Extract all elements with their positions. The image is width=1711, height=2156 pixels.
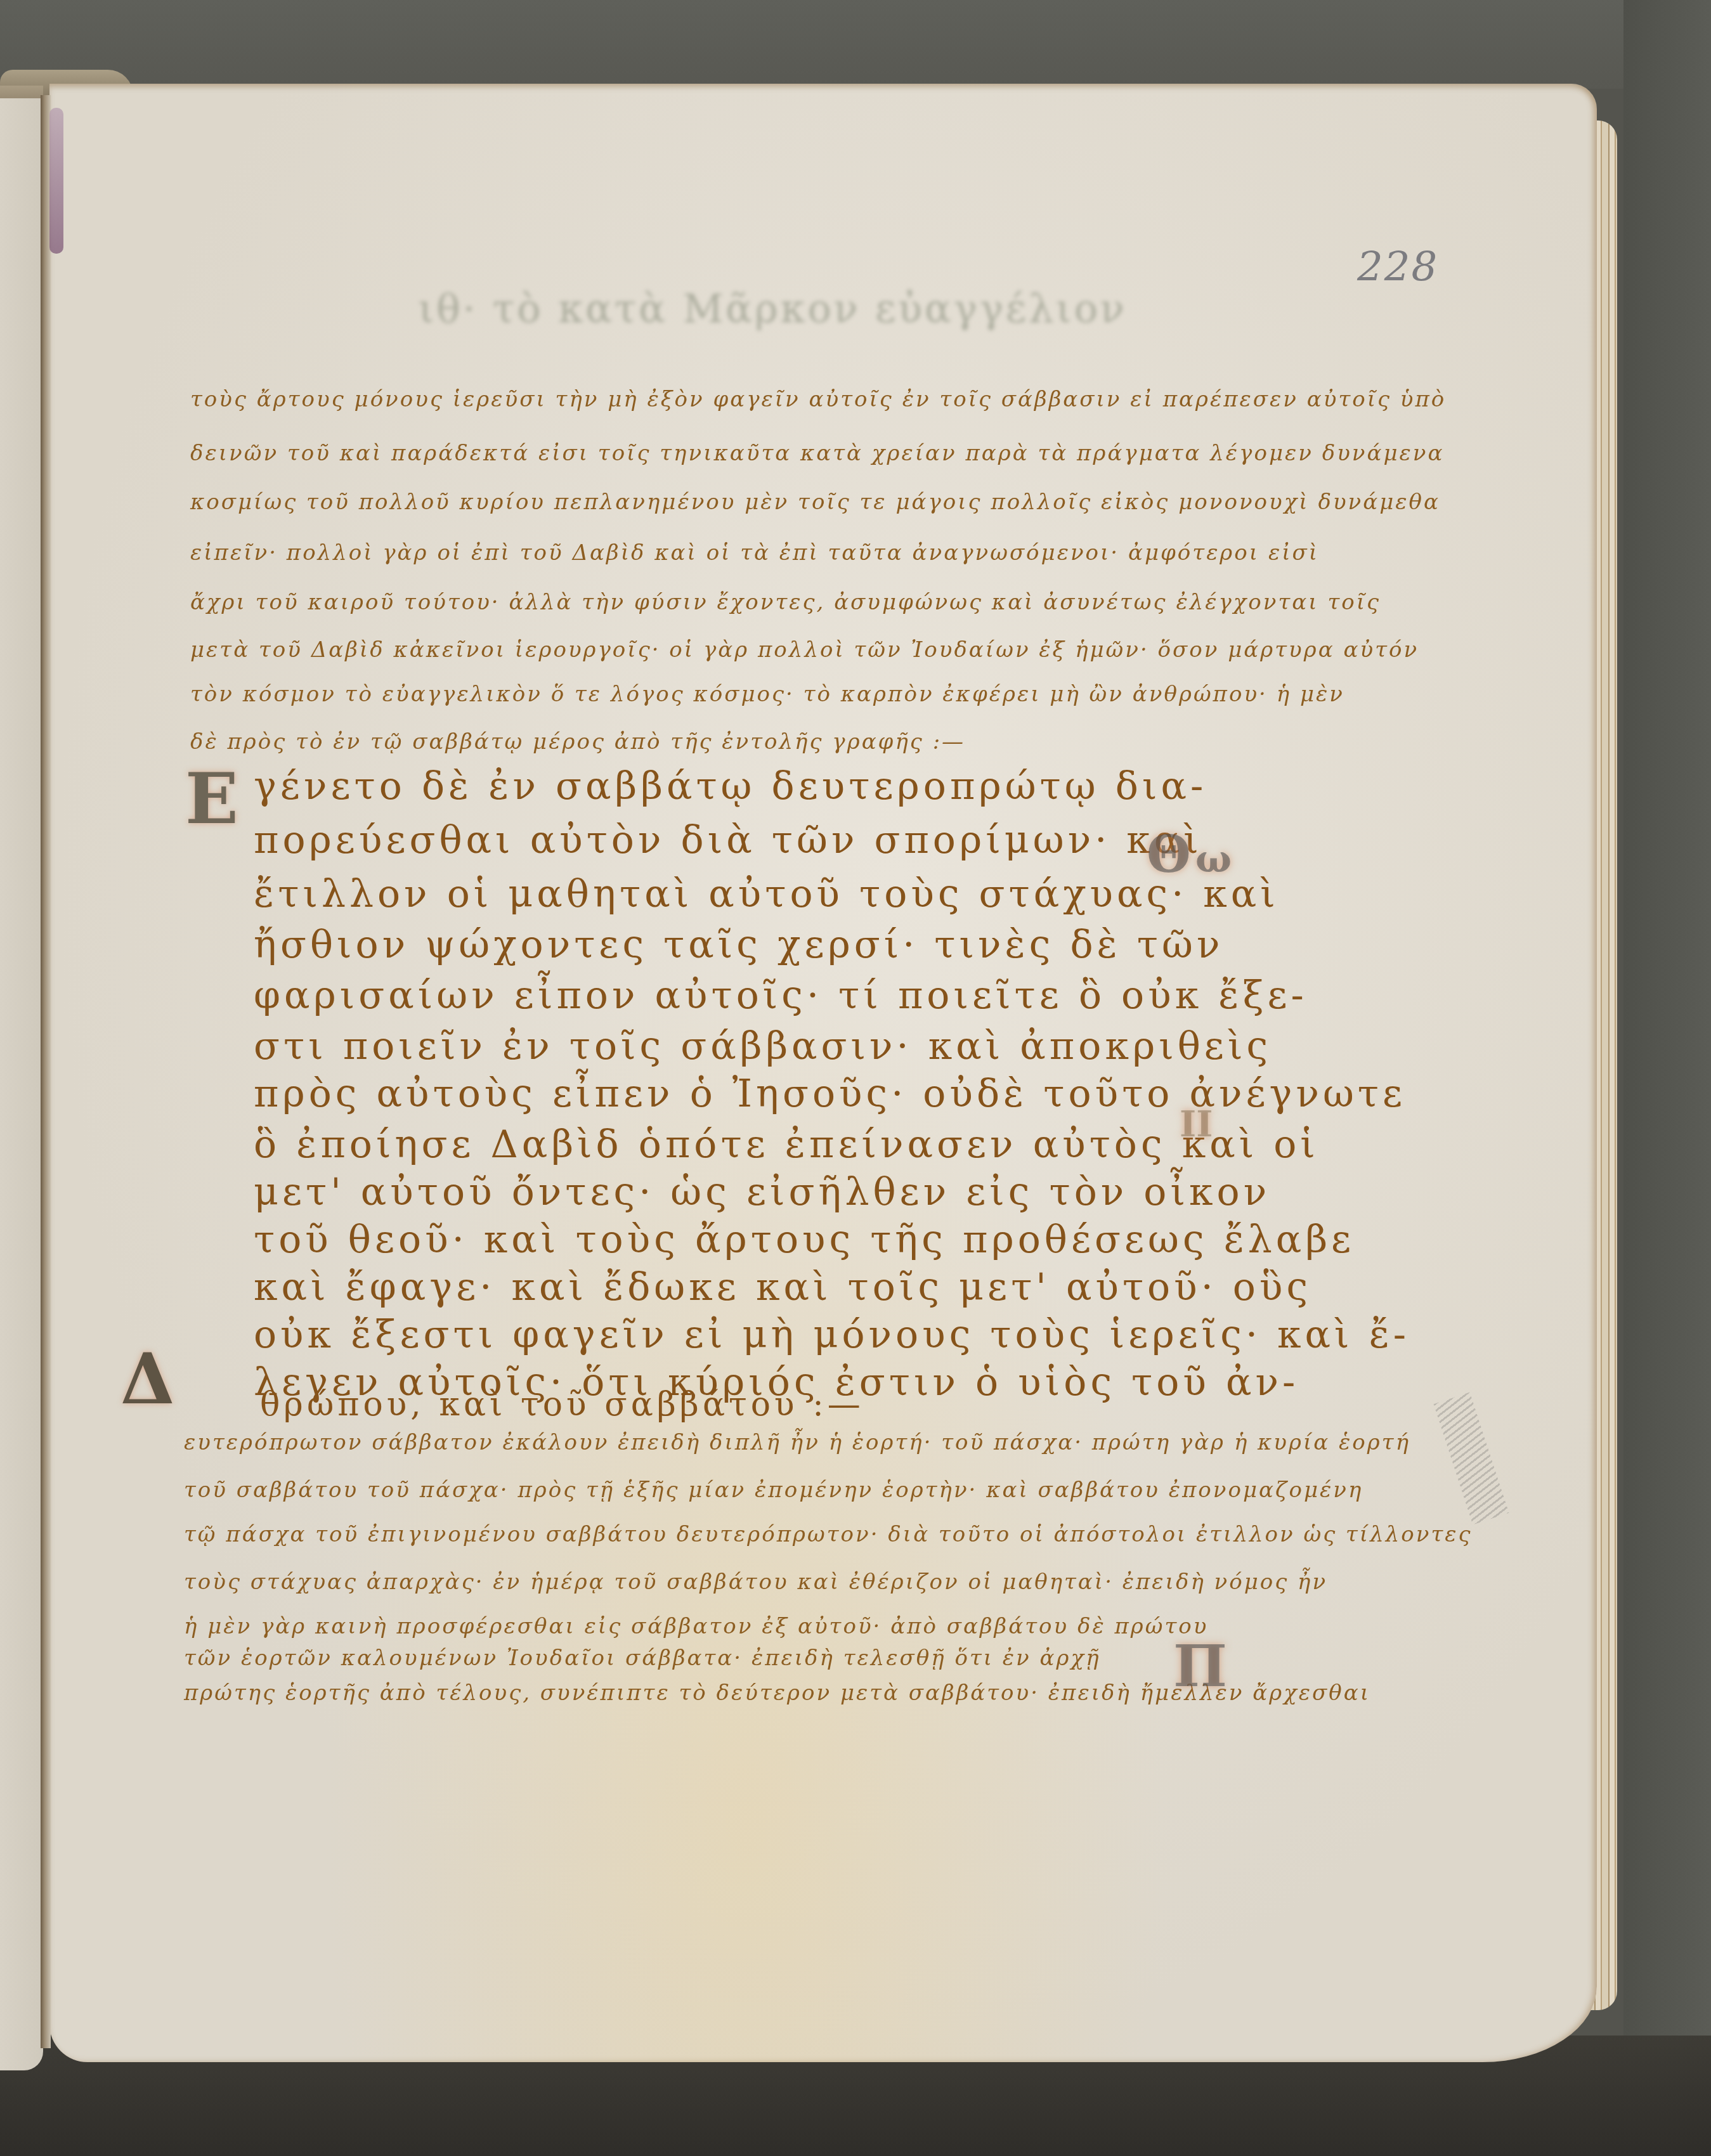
margin-faint-mark: ΙΙ (1180, 1103, 1213, 1145)
commentary-line: τὸν κόσμον τὸ εὐαγγελικὸν ὅ τε λόγος κόσ… (190, 682, 1344, 707)
lemma-line: ἔτιλλον οἱ μαθηταὶ αὐτοῦ τοὺς στάχυας· κ… (254, 872, 1279, 916)
lemma-line: καὶ ἔφαγε· καὶ ἔδωκε καὶ τοῖς μετ' αὐτοῦ… (254, 1265, 1311, 1309)
margin-initial-theta: Θ (1147, 824, 1191, 884)
commentary-line: τοὺς ἄρτους μόνους ἱερεῦσι τὴν μὴ ἐξὸν φ… (190, 387, 1446, 412)
background-right (1623, 0, 1711, 2156)
margin-initial-pi: Π (1173, 1633, 1227, 1700)
initial-delta: Δ (120, 1338, 174, 1420)
folio-number: 228 (1357, 244, 1438, 291)
commentary-line: ἄχρι τοῦ καιροῦ τούτου· ἀλλὰ τὴν φύσιν ἔ… (190, 590, 1381, 615)
initial-epsilon: Ε (185, 758, 238, 840)
commentary-line: ευτερόπρωτον σάββατον ἐκάλουν ἐπειδὴ διπ… (184, 1430, 1410, 1455)
commentary-line: ἡ μὲν γὰρ καινὴ προσφέρεσθαι εἰς σάββατο… (184, 1614, 1209, 1639)
lemma-line: ἤσθιον ψώχοντες ταῖς χερσί· τινὲς δὲ τῶν (254, 923, 1223, 967)
lemma-line: φαρισαίων εἶπον αὐτοῖς· τί ποιεῖτε ὃ οὐκ… (254, 973, 1308, 1018)
commentary-line: εἰπεῖν· πολλοὶ γὰρ οἱ ἐπὶ τοῦ Δαβὶδ καὶ … (190, 540, 1319, 566)
gutter (41, 95, 51, 2048)
commentary-line: δεινῶν τοῦ καὶ παράδεκτά εἰσι τοῖς τηνικ… (190, 441, 1444, 466)
lemma-line: ὃ ἐποίησε Δαβὶδ ὁπότε ἐπείνασεν αὐτὸς κα… (254, 1122, 1319, 1167)
lemma-line: στι ποιεῖν ἐν τοῖς σάββασιν· καὶ ἀποκριθ… (254, 1024, 1272, 1068)
left-page-edge (0, 86, 43, 2070)
commentary-line: δὲ πρὸς τὸ ἐν τῷ σαββάτῳ μέρος ἀπὸ τῆς ἐ… (190, 729, 965, 755)
offset-header: ιθ· τὸ κατὰ Μᾶρκον εὐαγγέλιον (419, 285, 1127, 332)
lemma-line: γένετο δὲ ἐν σαββάτῳ δευτεροπρώτῳ δια- (254, 764, 1207, 808)
commentary-line: μετὰ τοῦ Δαβὶδ κἀκεῖνοι ἱερουργοῖς· οἱ γ… (190, 637, 1419, 663)
commentary-line: τῷ πάσχα τοῦ ἐπιγινομένου σαββάτου δευτε… (184, 1522, 1472, 1547)
margin-initial-omega: ω (1195, 837, 1232, 881)
lemma-line: πορεύεσθαι αὐτὸν διὰ τῶν σπορίμων· καὶ (254, 818, 1202, 862)
commentary-line: τοῦ σαββάτου τοῦ πάσχα· πρὸς τῇ ἑξῆς μία… (184, 1477, 1363, 1503)
lemma-line: οὐκ ἔξεστι φαγεῖν εἰ μὴ μόνους τοὺς ἱερε… (254, 1313, 1410, 1357)
lemma-line: τοῦ θεοῦ· καὶ τοὺς ἄρτους τῆς προθέσεως … (254, 1218, 1355, 1262)
background-top (0, 0, 1711, 89)
lemma-line: πρὸς αὐτοὺς εἶπεν ὁ Ἰησοῦς· οὐδὲ τοῦτο ἀ… (254, 1072, 1406, 1116)
commentary-line: κοσμίως τοῦ πολλοῦ κυρίου πεπλανημένου μ… (190, 490, 1440, 515)
commentary-line: τοὺς στάχυας ἀπαρχὰς· ἐν ἡμέρᾳ τοῦ σαββά… (184, 1569, 1327, 1595)
gutter-stain (49, 108, 63, 254)
lemma-line: μετ' αὐτοῦ ὄντες· ὡς εἰσῆλθεν εἰς τὸν οἶ… (254, 1170, 1270, 1214)
lemma-line: θρώπου, καὶ τοῦ σαββάτου :— (260, 1386, 864, 1424)
commentary-line: τῶν ἑορτῶν καλουμένων Ἰουδαῖοι σάββατα· … (184, 1646, 1101, 1671)
